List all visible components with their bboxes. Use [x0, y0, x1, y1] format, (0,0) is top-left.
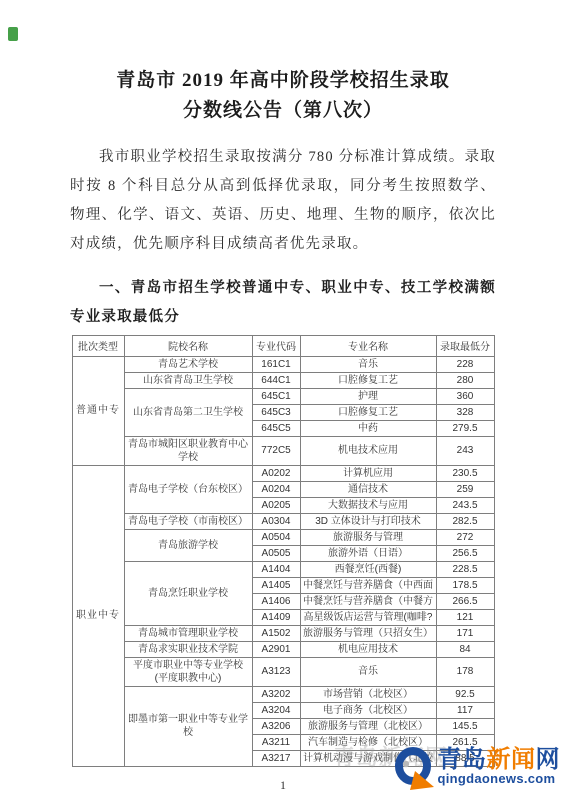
major-name-cell: 旅游服务与管理 — [300, 529, 436, 545]
table-row: 青岛城市管理职业学校A1502旅游服务与管理（只招女生）171 — [72, 625, 494, 641]
green-corner-icon — [8, 27, 18, 41]
major-name-cell: 市场营销（北校区） — [300, 686, 436, 702]
table-row: 平度市职业中等专业学校(平度职教中心)A3123音乐178 — [72, 657, 494, 686]
major-code-cell: A0205 — [252, 497, 300, 513]
major-code-cell: A1405 — [252, 577, 300, 593]
major-code-cell: A1404 — [252, 561, 300, 577]
major-code-cell: A0505 — [252, 545, 300, 561]
page-title: 青岛市 2019 年高中阶段学校招生录取 分数线公告（第八次） — [70, 66, 496, 126]
school-name-cell: 平度市职业中等专业学校(平度职教中心) — [124, 657, 252, 686]
min-score-cell: 117 — [436, 702, 494, 718]
school-name-cell: 青岛艺术学校 — [124, 356, 252, 372]
intro-paragraph: 我市职业学校招生录取按满分 780 分标准计算成绩。录取时按 8 个科目总分从高… — [70, 143, 496, 259]
document-page: 青岛市 2019 年高中阶段学校招生录取 分数线公告（第八次） 我市职业学校招生… — [0, 0, 566, 800]
major-code-cell: A0304 — [252, 513, 300, 529]
major-code-cell: 644C1 — [252, 372, 300, 388]
major-name-cell: 中药 — [300, 420, 436, 436]
column-header: 录取最低分 — [436, 335, 494, 356]
table-row: 山东省青岛卫生学校644C1口腔修复工艺280 — [72, 372, 494, 388]
column-header: 专业名称 — [300, 335, 436, 356]
major-name-cell: 音乐 — [300, 356, 436, 372]
column-header: 院校名称 — [124, 335, 252, 356]
major-name-cell: 旅游服务与管理（北校区） — [300, 718, 436, 734]
major-name-cell: 护理 — [300, 388, 436, 404]
table-row: 普通中专青岛艺术学校161C1音乐228 — [72, 356, 494, 372]
table-row: 青岛电子学校（市南校区）A03043D 立体设计与打印技术282.5 — [72, 513, 494, 529]
min-score-cell: 84 — [436, 641, 494, 657]
qingdaonews-q-icon — [392, 747, 436, 795]
min-score-cell: 178.5 — [436, 577, 494, 593]
min-score-cell: 280 — [436, 372, 494, 388]
table-header-row: 批次类型院校名称专业代码专业名称录取最低分 — [72, 335, 494, 356]
major-name-cell: 旅游服务与管理（只招女生） — [300, 625, 436, 641]
min-score-cell: 282.5 — [436, 513, 494, 529]
major-code-cell: A2901 — [252, 641, 300, 657]
major-name-cell: 大数据技术与应用 — [300, 497, 436, 513]
major-code-cell: A3217 — [252, 750, 300, 766]
logo-part-qingdao: 青岛 — [438, 746, 487, 773]
major-code-cell: A3206 — [252, 718, 300, 734]
logo-chinese-name: 青岛新闻网 — [438, 746, 561, 773]
major-name-cell: 计算机应用 — [300, 465, 436, 481]
min-score-cell: 243 — [436, 436, 494, 465]
min-score-cell: 272 — [436, 529, 494, 545]
min-score-cell: 256.5 — [436, 545, 494, 561]
min-score-cell: 178 — [436, 657, 494, 686]
major-name-cell: 通信技术 — [300, 481, 436, 497]
table-row: 山东省青岛第二卫生学校645C1护理360 — [72, 388, 494, 404]
major-name-cell: 旅游外语（日语） — [300, 545, 436, 561]
min-score-cell: 228 — [436, 356, 494, 372]
major-name-cell: 机电技术应用 — [300, 436, 436, 465]
table-row: 青岛旅游学校A0504旅游服务与管理272 — [72, 529, 494, 545]
min-score-cell: 92.5 — [436, 686, 494, 702]
school-name-cell: 青岛烹饪职业学校 — [124, 561, 252, 625]
major-name-cell: 机电应用技术 — [300, 641, 436, 657]
table-row: 青岛求实职业技术学院A2901机电应用技术84 — [72, 641, 494, 657]
major-code-cell: A0202 — [252, 465, 300, 481]
school-name-cell: 即墨市第一职业中等专业学校 — [124, 686, 252, 766]
major-name-cell: 中餐烹饪与营养膳食（中西面 — [300, 577, 436, 593]
min-score-cell: 121 — [436, 609, 494, 625]
min-score-cell: 279.5 — [436, 420, 494, 436]
school-name-cell: 青岛电子学校（市南校区） — [124, 513, 252, 529]
major-code-cell: 645C3 — [252, 404, 300, 420]
table-body: 普通中专青岛艺术学校161C1音乐228山东省青岛卫生学校644C1口腔修复工艺… — [72, 356, 494, 766]
school-name-cell: 青岛求实职业技术学院 — [124, 641, 252, 657]
school-name-cell: 山东省青岛第二卫生学校 — [124, 388, 252, 436]
major-code-cell: 645C5 — [252, 420, 300, 436]
table-row: 青岛市城阳区职业教育中心学校772C5机电技术应用243 — [72, 436, 494, 465]
major-code-cell: A3202 — [252, 686, 300, 702]
table-row: 青岛烹饪职业学校A1404西餐烹饪(西餐)228.5 — [72, 561, 494, 577]
major-name-cell: 3D 立体设计与打印技术 — [300, 513, 436, 529]
major-name-cell: 电子商务（北校区） — [300, 702, 436, 718]
section-heading: 一、青岛市招生学校普通中专、职业中专、技工学校满额专业录取最低分 — [70, 274, 496, 332]
major-code-cell: A0204 — [252, 481, 300, 497]
logo-domain: qingdaonews.com — [438, 772, 561, 786]
logo-text-block: 青岛新闻网 qingdaonews.com — [438, 747, 561, 786]
major-name-cell: 音乐 — [300, 657, 436, 686]
school-name-cell: 青岛市城阳区职业教育中心学校 — [124, 436, 252, 465]
batch-type-cell: 普通中专 — [72, 356, 124, 465]
min-score-cell: 243.5 — [436, 497, 494, 513]
major-code-cell: A3204 — [252, 702, 300, 718]
major-code-cell: 772C5 — [252, 436, 300, 465]
major-code-cell: 645C1 — [252, 388, 300, 404]
major-name-cell: 口腔修复工艺 — [300, 372, 436, 388]
scores-table: 批次类型院校名称专业代码专业名称录取最低分 普通中专青岛艺术学校161C1音乐2… — [72, 335, 495, 767]
min-score-cell: 228.5 — [436, 561, 494, 577]
school-name-cell: 山东省青岛卫生学校 — [124, 372, 252, 388]
logo-part-net: 网 — [536, 746, 561, 773]
major-name-cell: 中餐烹饪与营养膳食（中餐方 — [300, 593, 436, 609]
batch-type-cell: 职业中专 — [72, 465, 124, 766]
min-score-cell: 145.5 — [436, 718, 494, 734]
logo-part-news: 新闻 — [487, 746, 536, 773]
major-code-cell: A1502 — [252, 625, 300, 641]
major-name-cell: 高星级饭店运营与管理(咖啡? — [300, 609, 436, 625]
min-score-cell: 266.5 — [436, 593, 494, 609]
min-score-cell: 230.5 — [436, 465, 494, 481]
school-name-cell: 青岛电子学校（台东校区） — [124, 465, 252, 513]
title-line-2: 分数线公告（第八次） — [70, 96, 496, 126]
major-code-cell: A3211 — [252, 734, 300, 750]
title-line-1: 青岛市 2019 年高中阶段学校招生录取 — [70, 66, 496, 96]
qingdaonews-logo[interactable]: 青岛新闻网 qingdaonews.com — [392, 747, 561, 795]
min-score-cell: 328 — [436, 404, 494, 420]
min-score-cell: 259 — [436, 481, 494, 497]
major-code-cell: A1406 — [252, 593, 300, 609]
table-row: 即墨市第一职业中等专业学校A3202市场营销（北校区）92.5 — [72, 686, 494, 702]
major-name-cell: 口腔修复工艺 — [300, 404, 436, 420]
major-code-cell: A0504 — [252, 529, 300, 545]
table-row: 职业中专青岛电子学校（台东校区）A0202计算机应用230.5 — [72, 465, 494, 481]
major-code-cell: A1409 — [252, 609, 300, 625]
school-name-cell: 青岛城市管理职业学校 — [124, 625, 252, 641]
document-body: 青岛市 2019 年高中阶段学校招生录取 分数线公告（第八次） 我市职业学校招生… — [0, 0, 566, 793]
column-header: 批次类型 — [72, 335, 124, 356]
major-code-cell: 161C1 — [252, 356, 300, 372]
min-score-cell: 360 — [436, 388, 494, 404]
major-code-cell: A3123 — [252, 657, 300, 686]
min-score-cell: 171 — [436, 625, 494, 641]
major-name-cell: 西餐烹饪(西餐) — [300, 561, 436, 577]
column-header: 专业代码 — [252, 335, 300, 356]
school-name-cell: 青岛旅游学校 — [124, 529, 252, 561]
